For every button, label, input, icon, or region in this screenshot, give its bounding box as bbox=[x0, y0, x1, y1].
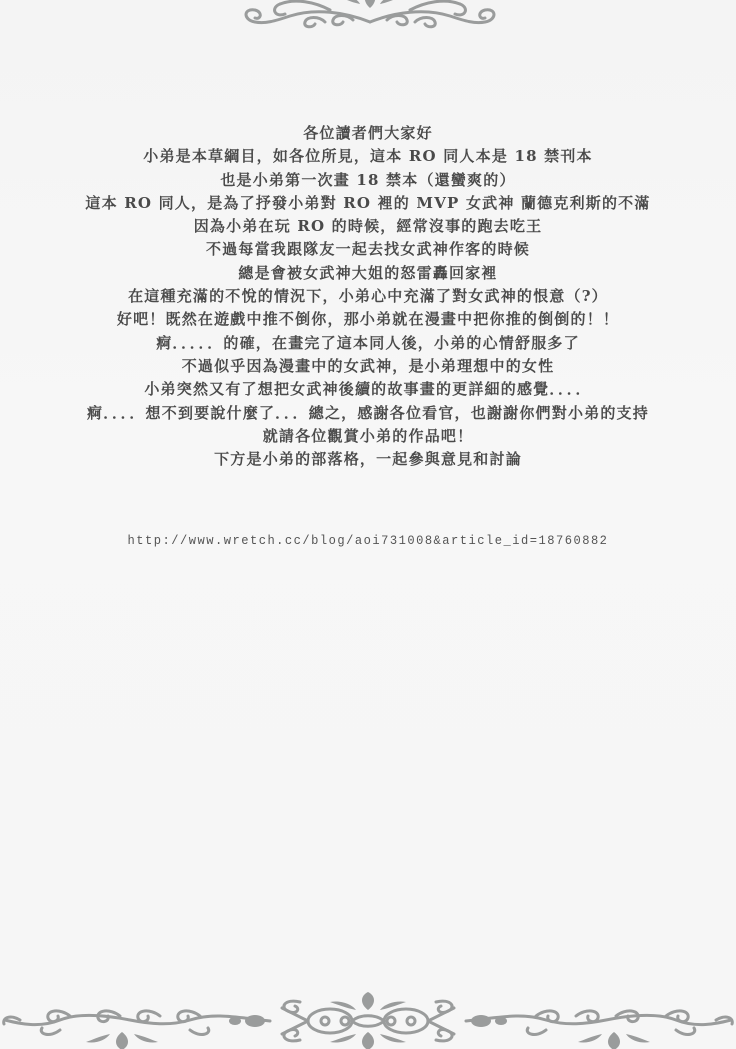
text-line: 小弟突然又有了想把女武神後續的故事畫的更詳細的感覺．．．． bbox=[0, 378, 736, 401]
text-line: 痾．．．．．的確，在畫完了這本同人後，小弟的心情舒服多了 bbox=[0, 332, 736, 355]
text-line: 好吧！既然在遊戲中推不倒你，那小弟就在漫畫中把你推的倒倒的！！ bbox=[0, 308, 736, 331]
blog-url: http://www.wretch.cc/blog/aoi731008&arti… bbox=[26, 533, 710, 548]
text-line: 痾．．．．想不到要說什麼了．．．總之，感謝各位看官，也謝謝你們對小弟的支持 bbox=[0, 402, 736, 425]
text-line: 也是小弟第一次畫 18 禁本（還蠻爽的） bbox=[0, 169, 736, 192]
bottom-ornament-icon bbox=[0, 990, 736, 1049]
text-line: 不過似乎因為漫畫中的女武神，是小弟理想中的女性 bbox=[0, 355, 736, 378]
text-line: 總是會被女武神大姐的怒雷轟回家裡 bbox=[0, 262, 736, 285]
text-line: 這本 RO 同人，是為了抒發小弟對 RO 裡的 MVP 女武神 蘭德克利斯的不滿 bbox=[0, 192, 736, 215]
text-line: 下方是小弟的部落格，一起參與意見和討論 bbox=[0, 448, 736, 471]
text-line: 小弟是本草綱目，如各位所見，這本 RO 同人本是 18 禁刊本 bbox=[0, 145, 736, 168]
text-line: 在這種充滿的不悅的情況下，小弟心中充滿了對女武神的恨意（?） bbox=[0, 285, 736, 308]
document-page: 各位讀者們大家好 小弟是本草綱目，如各位所見，這本 RO 同人本是 18 禁刊本… bbox=[0, 0, 736, 1049]
text-line: 因為小弟在玩 RO 的時候，經常沒事的跑去吃王 bbox=[0, 215, 736, 238]
text-line: 不過每當我跟隊友一起去找女武神作客的時候 bbox=[0, 238, 736, 261]
text-line: 就請各位觀賞小弟的作品吧！ bbox=[0, 425, 736, 448]
text-line-greeting: 各位讀者們大家好 bbox=[0, 122, 736, 145]
top-ornament-icon bbox=[235, 0, 505, 34]
afterword-text: 各位讀者們大家好 小弟是本草綱目，如各位所見，這本 RO 同人本是 18 禁刊本… bbox=[0, 122, 736, 471]
